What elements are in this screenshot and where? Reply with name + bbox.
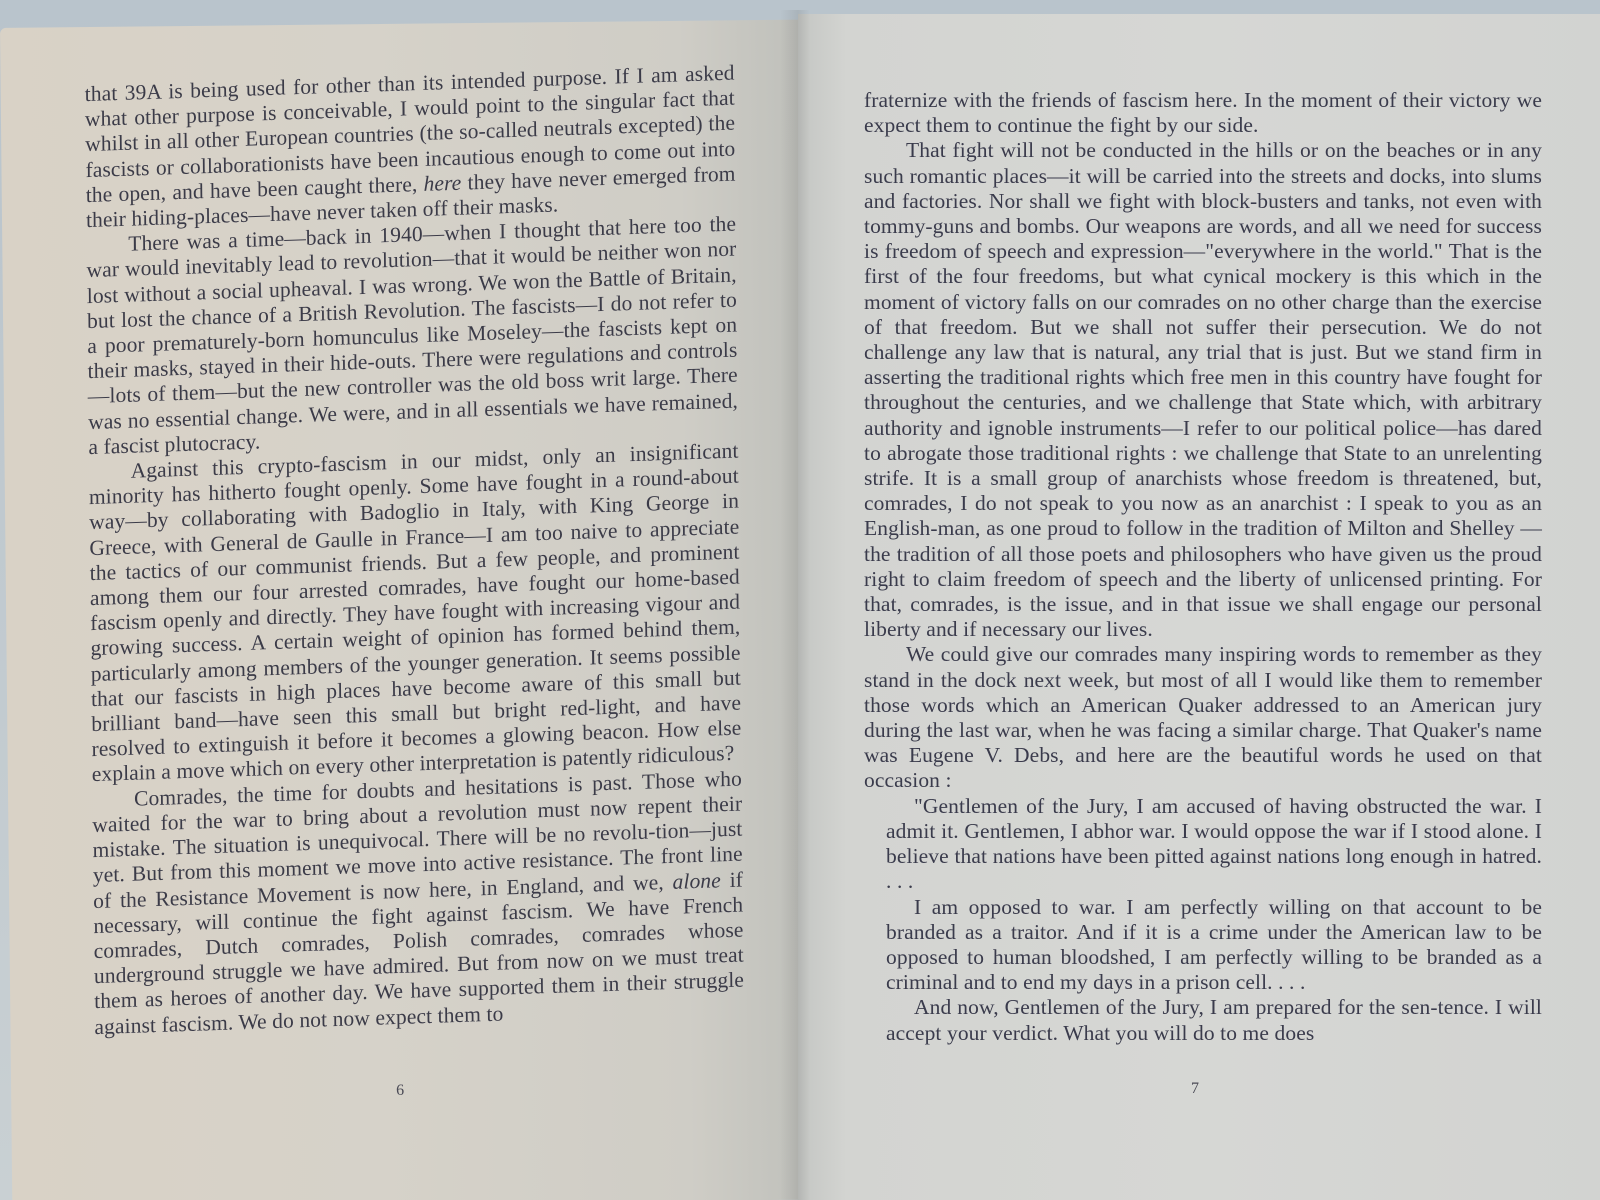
- paragraph: that 39A is being used for other than it…: [85, 61, 736, 234]
- paragraph: That fight will not be conducted in the …: [864, 138, 1542, 642]
- text-run: Comrades, the time for doubts and hesita…: [92, 766, 743, 912]
- italic-text-run: alone: [672, 868, 721, 894]
- text-run: "Gentlemen of the Jury, I am accused of …: [886, 794, 1542, 894]
- text-run: I am opposed to war. I am perfectly will…: [886, 895, 1542, 995]
- paragraph: There was a time—back in 1940—when I tho…: [86, 212, 738, 460]
- paragraph: We could give our comrades many inspirin…: [864, 642, 1542, 793]
- italic-text-run: here: [423, 170, 461, 195]
- quoted-paragraph: And now, Gentlemen of the Jury, I am pre…: [864, 995, 1542, 1045]
- paragraph: Against this crypto-fascism in our midst…: [89, 439, 742, 788]
- left-page-text: that 39A is being used for other than it…: [85, 61, 745, 1040]
- text-run: We could give our comrades many inspirin…: [864, 642, 1542, 792]
- text-run: That fight will not be conducted in the …: [864, 138, 1542, 641]
- left-page: that 39A is being used for other than it…: [0, 20, 810, 1200]
- open-book-spread: that 39A is being used for other than it…: [0, 0, 1600, 1200]
- page-number: 7: [1191, 1080, 1199, 1098]
- quoted-paragraph: I am opposed to war. I am perfectly will…: [864, 895, 1542, 996]
- text-run: Against this crypto-fascism in our midst…: [89, 439, 742, 787]
- paragraph: Comrades, the time for doubts and hesita…: [92, 766, 744, 1040]
- right-page-text: fraternize with the friends of fascism h…: [864, 88, 1542, 1046]
- paragraph: fraternize with the friends of fascism h…: [864, 88, 1542, 138]
- text-run: There was a time—back in 1940—when I tho…: [86, 212, 738, 459]
- page-number: 6: [396, 1082, 404, 1100]
- quoted-paragraph: "Gentlemen of the Jury, I am accused of …: [864, 794, 1542, 895]
- right-page: fraternize with the friends of fascism h…: [798, 14, 1600, 1200]
- text-run: fraternize with the friends of fascism h…: [864, 88, 1542, 137]
- text-run: And now, Gentlemen of the Jury, I am pre…: [886, 995, 1542, 1044]
